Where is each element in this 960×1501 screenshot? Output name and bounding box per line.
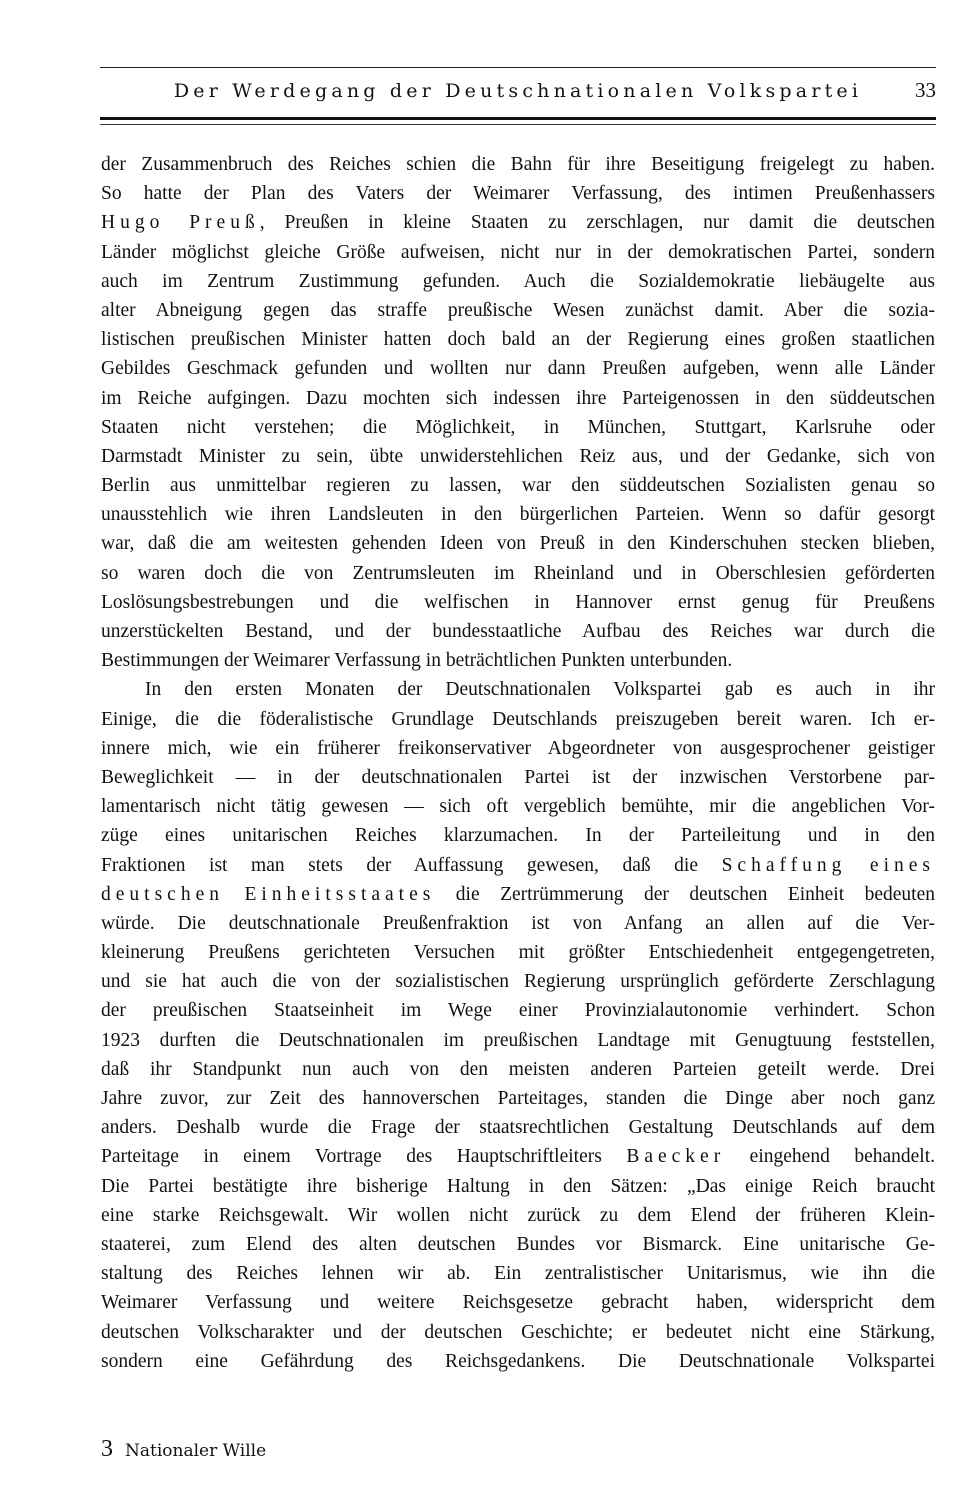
text-line: Bestimmungen der Weimarer Verfassung in … <box>101 646 935 675</box>
text-line: eine starke Reichsgewalt. Wir wollen nic… <box>101 1201 935 1230</box>
header-rule-thick <box>100 117 936 120</box>
text-line: deutschen Einheitsstaates die Zertrümmer… <box>101 880 935 909</box>
text-line: unausstehlich wie ihren Landsleuten in d… <box>101 500 935 529</box>
text-line: züge eines unitarischen Reiches klarzuma… <box>101 821 935 850</box>
text-line: daß ihr Standpunkt nun auch von den meis… <box>101 1055 935 1084</box>
text-line: auch im Zentrum Zustimmung gefunden. Auc… <box>101 267 935 296</box>
body-text: der Zusammenbruch des Reiches schien die… <box>101 150 935 1376</box>
header-rule-thin <box>100 124 936 125</box>
text-line: und sie hat auch die von der sozialistis… <box>101 967 935 996</box>
text-line: So hatte der Plan des Vaters der Weimare… <box>101 179 935 208</box>
signature-footer: 3 Nationaler Wille <box>101 1436 266 1463</box>
text-line: anders. Deshalb wurde die Frage der staa… <box>101 1113 935 1142</box>
text-line: Weimarer Verfassung und weitere Reichsge… <box>101 1288 935 1317</box>
spaced-word: Schaffung <box>722 855 847 876</box>
text-line: so waren doch die von Zentrumsleuten im … <box>101 559 935 588</box>
text-line: Länder möglichst gleiche Größe aufweisen… <box>101 238 935 267</box>
text-line: würde. Die deutschnationale Preußenfrakt… <box>101 909 935 938</box>
text-line: Parteitage in einem Vortrage des Hauptsc… <box>101 1142 935 1171</box>
page-number: 33 <box>896 78 936 103</box>
text-line: unzerstückelten Bestand, und der bundess… <box>101 617 935 646</box>
spaced-word: Einheitsstaates <box>244 884 435 905</box>
text-line-rest: , Preußen in kleine Staaten zu zerschlag… <box>260 212 935 233</box>
spaced-word: Baecker <box>626 1146 725 1167</box>
text-line: Die Partei bestätigte ihre bisherige Hal… <box>101 1172 935 1201</box>
text-line: im Reiche aufgingen. Dazu mochten sich i… <box>101 384 935 413</box>
text-line: Darmstadt Minister zu sein, übte unwider… <box>101 442 935 471</box>
signature-mark: 3 <box>101 1436 113 1463</box>
text-line: staltung des Reiches lehnen wir ab. Ein … <box>101 1259 935 1288</box>
text-line: Beweglichkeit — in der deutschnationalen… <box>101 763 935 792</box>
text-line: war, daß die am weitesten gehenden Ideen… <box>101 529 935 558</box>
text-line: lamentarisch nicht tätig gewesen — sich … <box>101 792 935 821</box>
text-line: staaterei, zum Elend des alten deutschen… <box>101 1230 935 1259</box>
text-line: kleinerung Preußens gerichteten Versuche… <box>101 938 935 967</box>
header-rule-top <box>100 67 936 68</box>
text-line: der preußischen Staatseinheit im Wege ei… <box>101 996 935 1025</box>
text-line: Hugo Preuß, Preußen in kleine Staaten zu… <box>101 208 935 237</box>
text-line: sondern eine Gefährdung des Reichsgedank… <box>101 1347 935 1376</box>
spaced-word: deutschen <box>101 884 224 905</box>
book-page: Der Werdegang der Deutschnationalen Volk… <box>0 0 960 1501</box>
text-line: In den ersten Monaten der Deutschnationa… <box>101 675 935 704</box>
text-line: der Zusammenbruch des Reiches schien die… <box>101 150 935 179</box>
running-title: Der Werdegang der Deutschnationalen Volk… <box>100 80 896 102</box>
text-line: innere mich, wie ein früherer freikonser… <box>101 734 935 763</box>
text-line: Berlin aus unmittelbar regieren zu lasse… <box>101 471 935 500</box>
running-header: Der Werdegang der Deutschnationalen Volk… <box>100 78 936 114</box>
text-line: Loslösungsbestrebungen und die welfische… <box>101 588 935 617</box>
text-line: Gebildes Geschmack gefunden und wollten … <box>101 354 935 383</box>
text-line: 1923 durften die Deutschnationalen im pr… <box>101 1026 935 1055</box>
spaced-name: Hugo Preuß <box>101 212 260 233</box>
text-line: Jahre zuvor, zur Zeit des hannoverschen … <box>101 1084 935 1113</box>
text-line: Fraktionen ist man stets der Auffassung … <box>101 851 935 880</box>
spaced-word: eines <box>870 855 935 876</box>
signature-title: Nationaler Wille <box>125 1441 266 1461</box>
text-line: Einige, die die föderalistische Grundlag… <box>101 705 935 734</box>
text-line: deutschen Volkscharakter und der deutsch… <box>101 1318 935 1347</box>
text-line: Staaten nicht verstehen; die Möglichkeit… <box>101 413 935 442</box>
text-line: alter Abneigung gegen das straffe preußi… <box>101 296 935 325</box>
text-line: listischen preußischen Minister hatten d… <box>101 325 935 354</box>
